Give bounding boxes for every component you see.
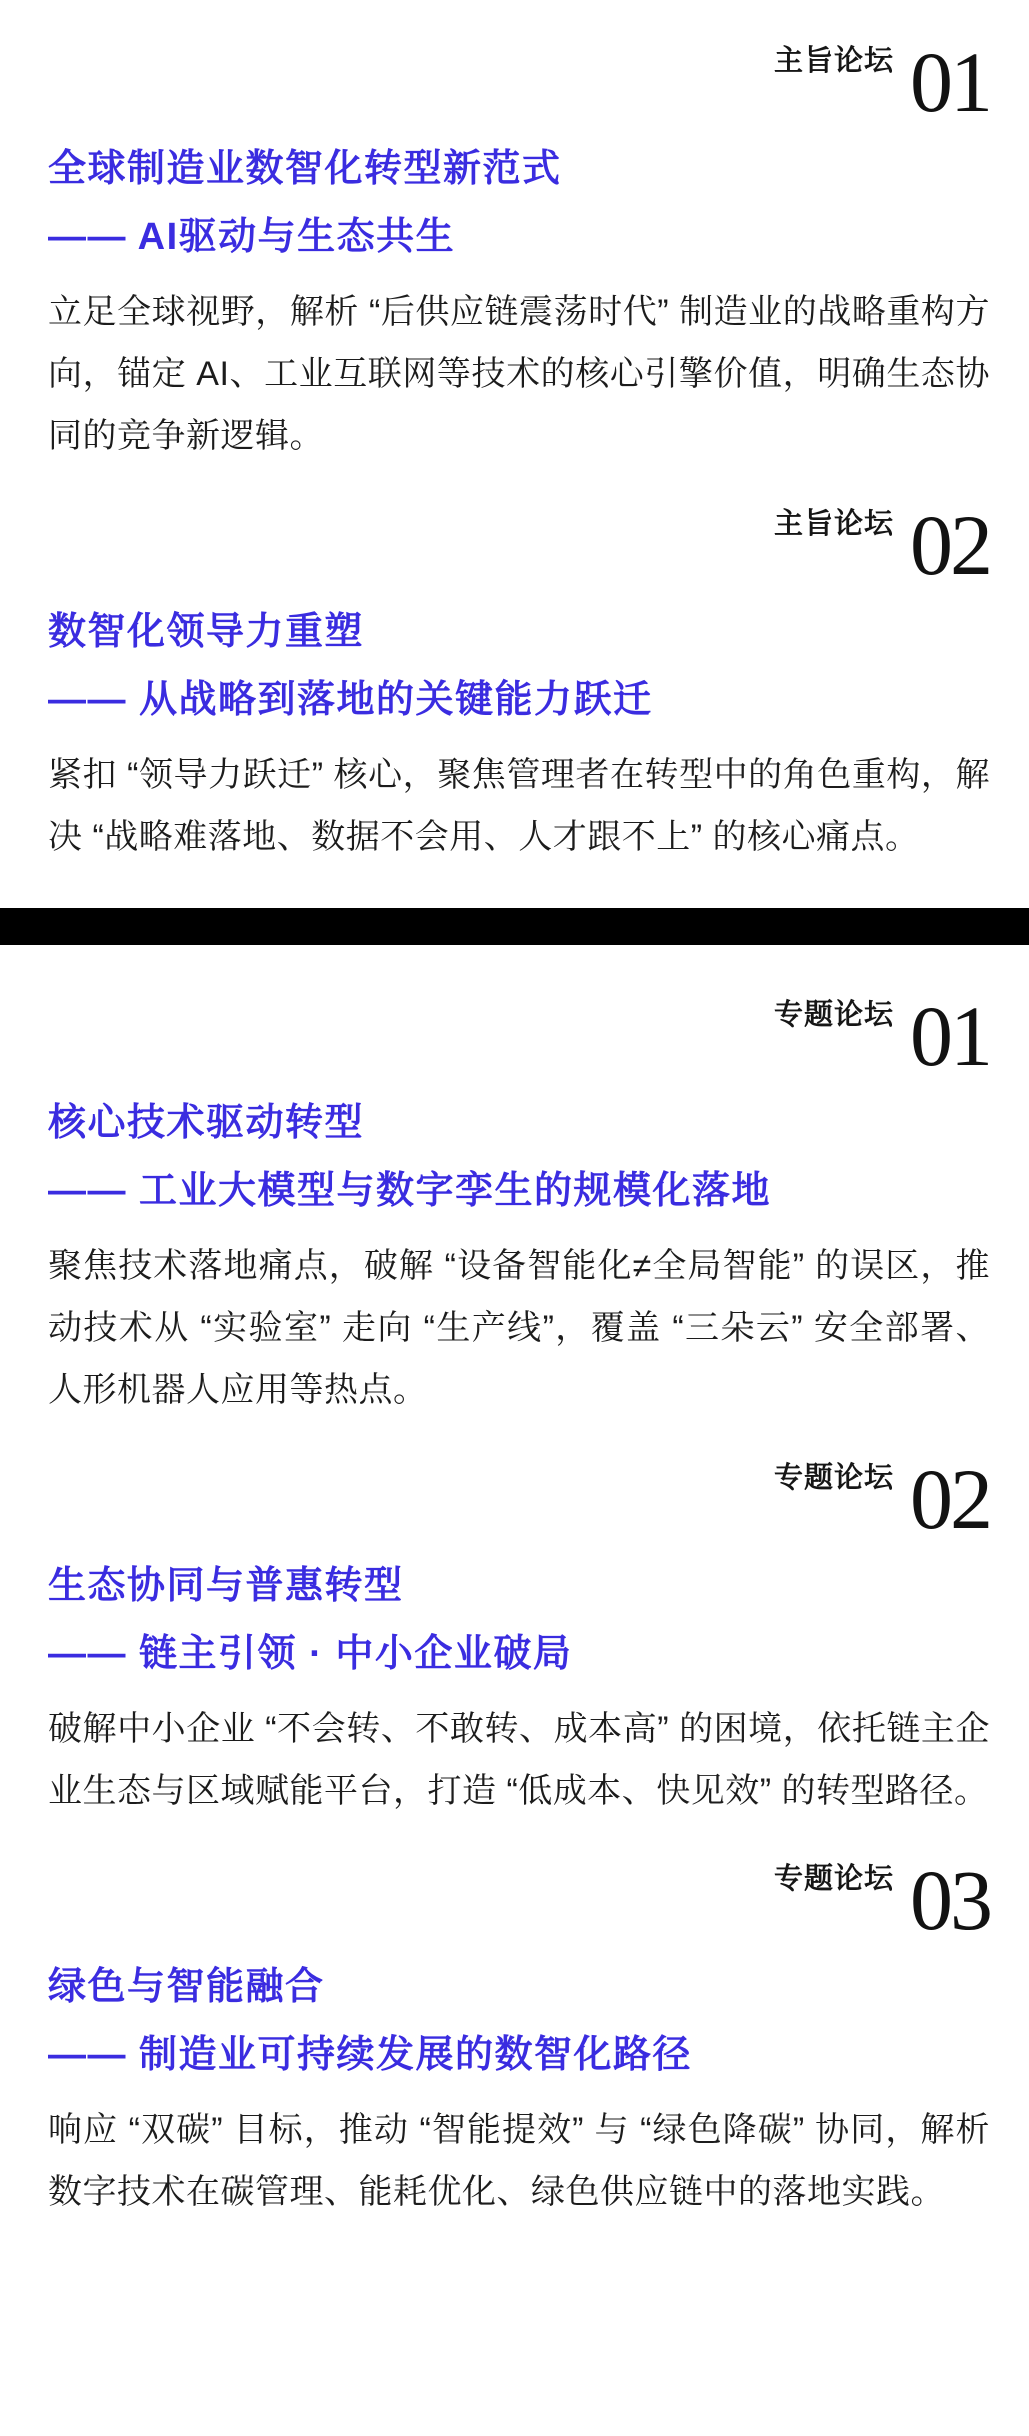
forum-type-label: 专题论坛 <box>774 1862 894 1896</box>
section-title-line1: 数智化领导力重塑 <box>48 598 990 666</box>
forum-type-label: 专题论坛 <box>774 998 894 1032</box>
forum-section-keynote-2: 主旨论坛 02 数智化领导力重塑 —— 从战略到落地的关键能力跃迁 紧扣 “领导… <box>48 507 990 868</box>
forum-label-row: 专题论坛 01 <box>48 998 990 1074</box>
forum-type-label: 专题论坛 <box>774 1461 894 1495</box>
section-title: 绿色与智能融合 —— 制造业可持续发展的数智化路径 <box>48 1953 990 2089</box>
forum-label-row: 主旨论坛 02 <box>48 507 990 583</box>
forum-label-row: 专题论坛 02 <box>48 1461 990 1537</box>
forum-section-topic-3: 专题论坛 03 绿色与智能融合 —— 制造业可持续发展的数智化路径 响应 “双碳… <box>48 1862 990 2223</box>
section-description: 紧扣 “领导力跃迁” 核心，聚焦管理者在转型中的角色重构，解决 “战略难落地、数… <box>48 744 990 868</box>
forum-label-row: 专题论坛 03 <box>48 1862 990 1938</box>
agenda-poster: 主旨论坛 01 全球制造业数智化转型新范式 —— AI驱动与生态共生 立足全球视… <box>0 0 1029 2436</box>
section-title-line1: 绿色与智能融合 <box>48 1953 990 2021</box>
forum-section-keynote-1: 主旨论坛 01 全球制造业数智化转型新范式 —— AI驱动与生态共生 立足全球视… <box>48 44 990 467</box>
section-description: 立足全球视野，解析 “后供应链震荡时代” 制造业的战略重构方向，锚定 AI、工业… <box>48 281 990 467</box>
forum-section-topic-1: 专题论坛 01 核心技术驱动转型 —— 工业大模型与数字孪生的规模化落地 聚焦技… <box>48 998 990 1421</box>
section-description: 破解中小企业 “不会转、不敢转、成本高” 的困境，依托链主企业生态与区域赋能平台… <box>48 1698 990 1822</box>
forum-label-row: 主旨论坛 01 <box>48 44 990 120</box>
section-title-line1: 核心技术驱动转型 <box>48 1089 990 1157</box>
section-title-line2: —— 制造业可持续发展的数智化路径 <box>48 2021 990 2089</box>
forum-number: 02 <box>910 507 990 583</box>
section-title-line2: —— 工业大模型与数字孪生的规模化落地 <box>48 1157 990 1225</box>
forum-type-label: 主旨论坛 <box>774 44 894 78</box>
forum-number: 02 <box>910 1461 990 1537</box>
section-description: 聚焦技术落地痛点，破解 “设备智能化≠全局智能” 的误区，推动技术从 “实验室”… <box>48 1235 990 1421</box>
forum-section-topic-2: 专题论坛 02 生态协同与普惠转型 —— 链主引领 · 中小企业破局 破解中小企… <box>48 1461 990 1822</box>
forum-number: 03 <box>910 1862 990 1938</box>
section-title-line1: 全球制造业数智化转型新范式 <box>48 135 990 203</box>
section-title-line2: —— AI驱动与生态共生 <box>48 203 990 271</box>
section-description: 响应 “双碳” 目标，推动 “智能提效” 与 “绿色降碳” 协同，解析数字技术在… <box>48 2099 990 2223</box>
forum-type-label: 主旨论坛 <box>774 507 894 541</box>
section-title: 数智化领导力重塑 —— 从战略到落地的关键能力跃迁 <box>48 598 990 734</box>
section-title: 核心技术驱动转型 —— 工业大模型与数字孪生的规模化落地 <box>48 1089 990 1225</box>
section-title-line2: —— 从战略到落地的关键能力跃迁 <box>48 666 990 734</box>
section-title: 全球制造业数智化转型新范式 —— AI驱动与生态共生 <box>48 135 990 271</box>
section-divider-bar <box>0 908 1029 945</box>
forum-number: 01 <box>910 44 990 120</box>
section-title-line1: 生态协同与普惠转型 <box>48 1552 990 1620</box>
section-title: 生态协同与普惠转型 —— 链主引领 · 中小企业破局 <box>48 1552 990 1688</box>
section-title-line2: —— 链主引领 · 中小企业破局 <box>48 1620 990 1688</box>
forum-number: 01 <box>910 998 990 1074</box>
